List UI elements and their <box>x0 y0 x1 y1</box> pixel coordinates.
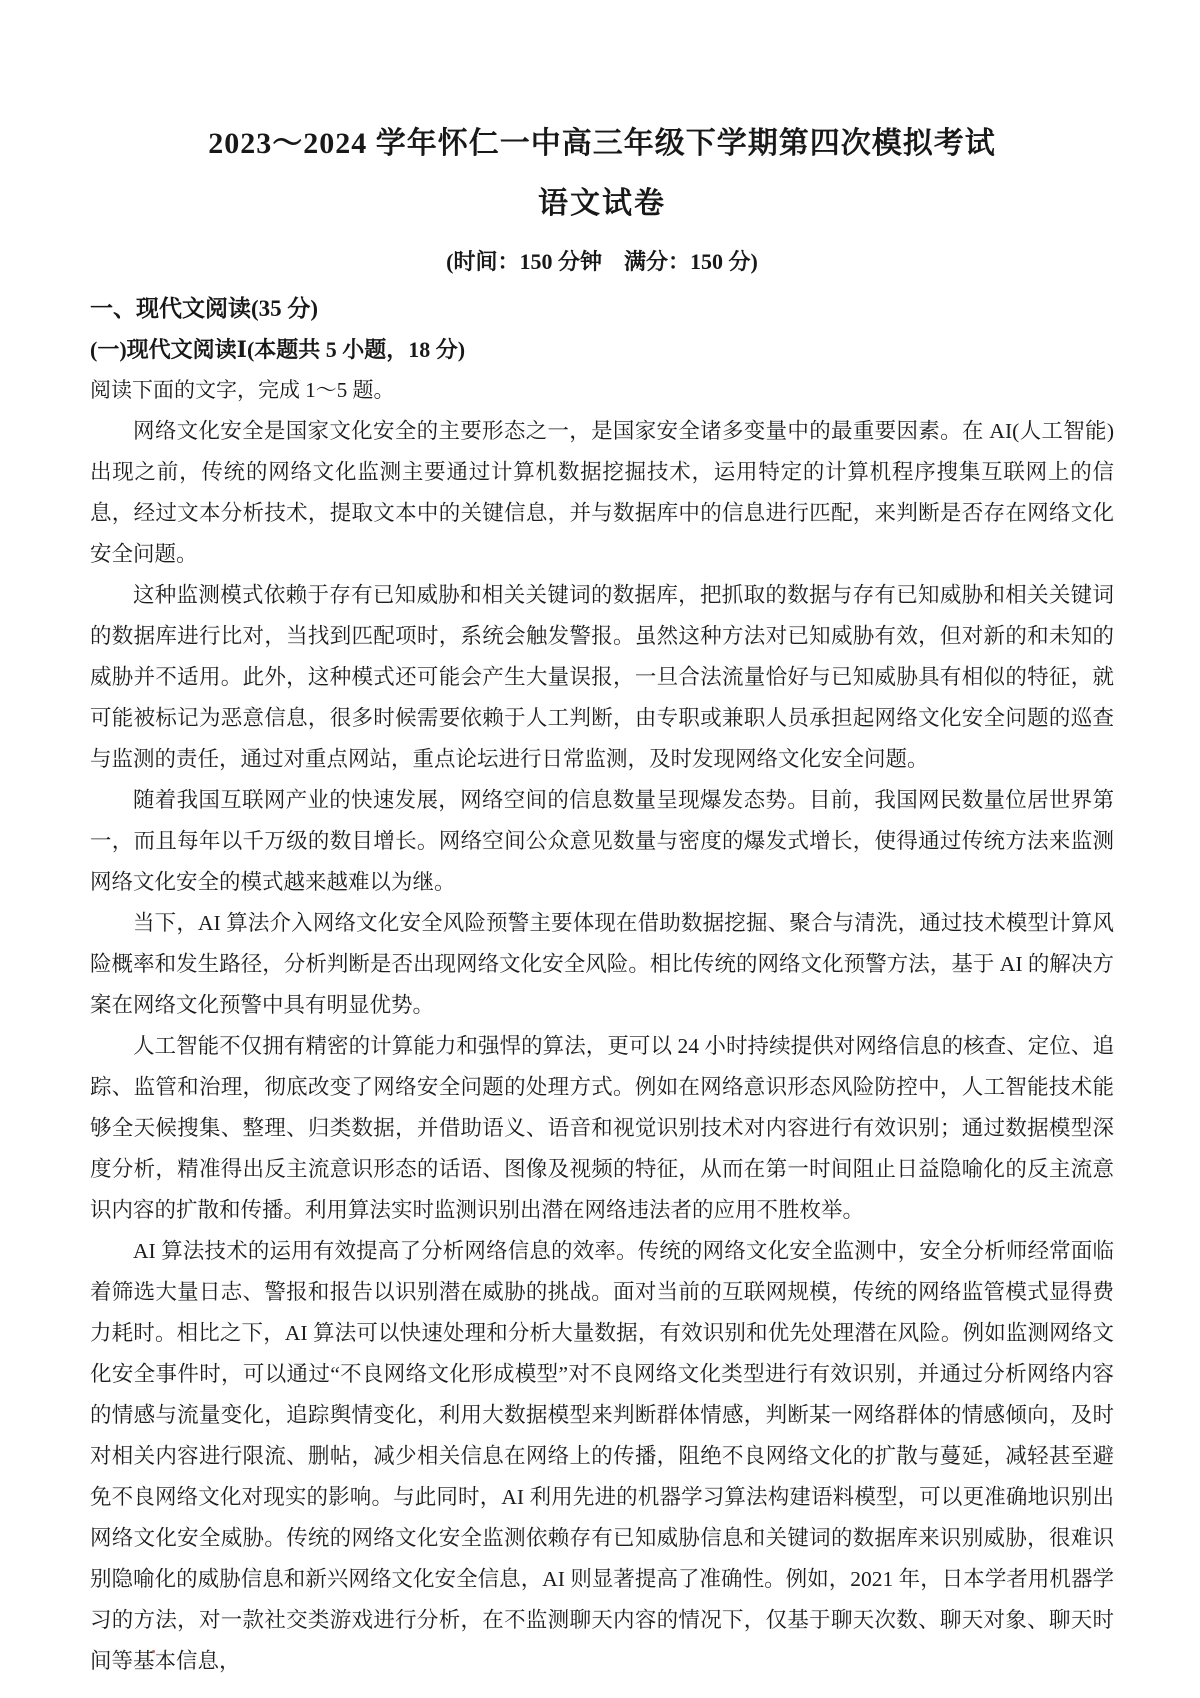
passage-paragraph-3: 随着我国互联网产业的快速发展，网络空间的信息数量呈现爆发态势。目前，我国网民数量… <box>90 780 1114 903</box>
passage-paragraph-2: 这种监测模式依赖于存有已知威胁和相关关键词的数据库，把抓取的数据与存有已知威胁和… <box>90 575 1114 780</box>
passage-paragraph-6: AI 算法技术的运用有效提高了分析网络信息的效率。传统的网络文化安全监测中，安全… <box>90 1231 1114 1682</box>
section-heading-modern-reading: 一、现代文阅读(35 分) <box>90 293 1114 325</box>
exam-subject-title: 语文试卷 <box>90 186 1114 222</box>
passage-paragraph-1: 网络文化安全是国家文化安全的主要形态之一，是国家安全诸多变量中的最重要因素。在 … <box>90 411 1114 575</box>
exam-title: 2023～2024 学年怀仁一中高三年级下学期第四次模拟考试 <box>90 126 1114 162</box>
subsection-heading-reading-1: (一)现代文阅读Ⅰ(本题共 5 小题，18 分) <box>90 335 1114 366</box>
reading-instruction: 阅读下面的文字，完成 1～5 题。 <box>90 374 1114 408</box>
exam-paper-page: 2023～2024 学年怀仁一中高三年级下学期第四次模拟考试 语文试卷 (时间：… <box>0 0 1200 1698</box>
scan-artifact-speck <box>152 1650 155 1653</box>
exam-meta-line: (时间：150 分钟 满分：150 分) <box>90 248 1114 277</box>
passage-paragraph-4: 当下，AI 算法介入网络文化安全风险预警主要体现在借助数据挖掘、聚合与清洗，通过… <box>90 903 1114 1026</box>
passage-paragraph-5: 人工智能不仅拥有精密的计算能力和强悍的算法，更可以 24 小时持续提供对网络信息… <box>90 1026 1114 1231</box>
reading-passage: 网络文化安全是国家文化安全的主要形态之一，是国家安全诸多变量中的最重要因素。在 … <box>90 411 1114 1682</box>
